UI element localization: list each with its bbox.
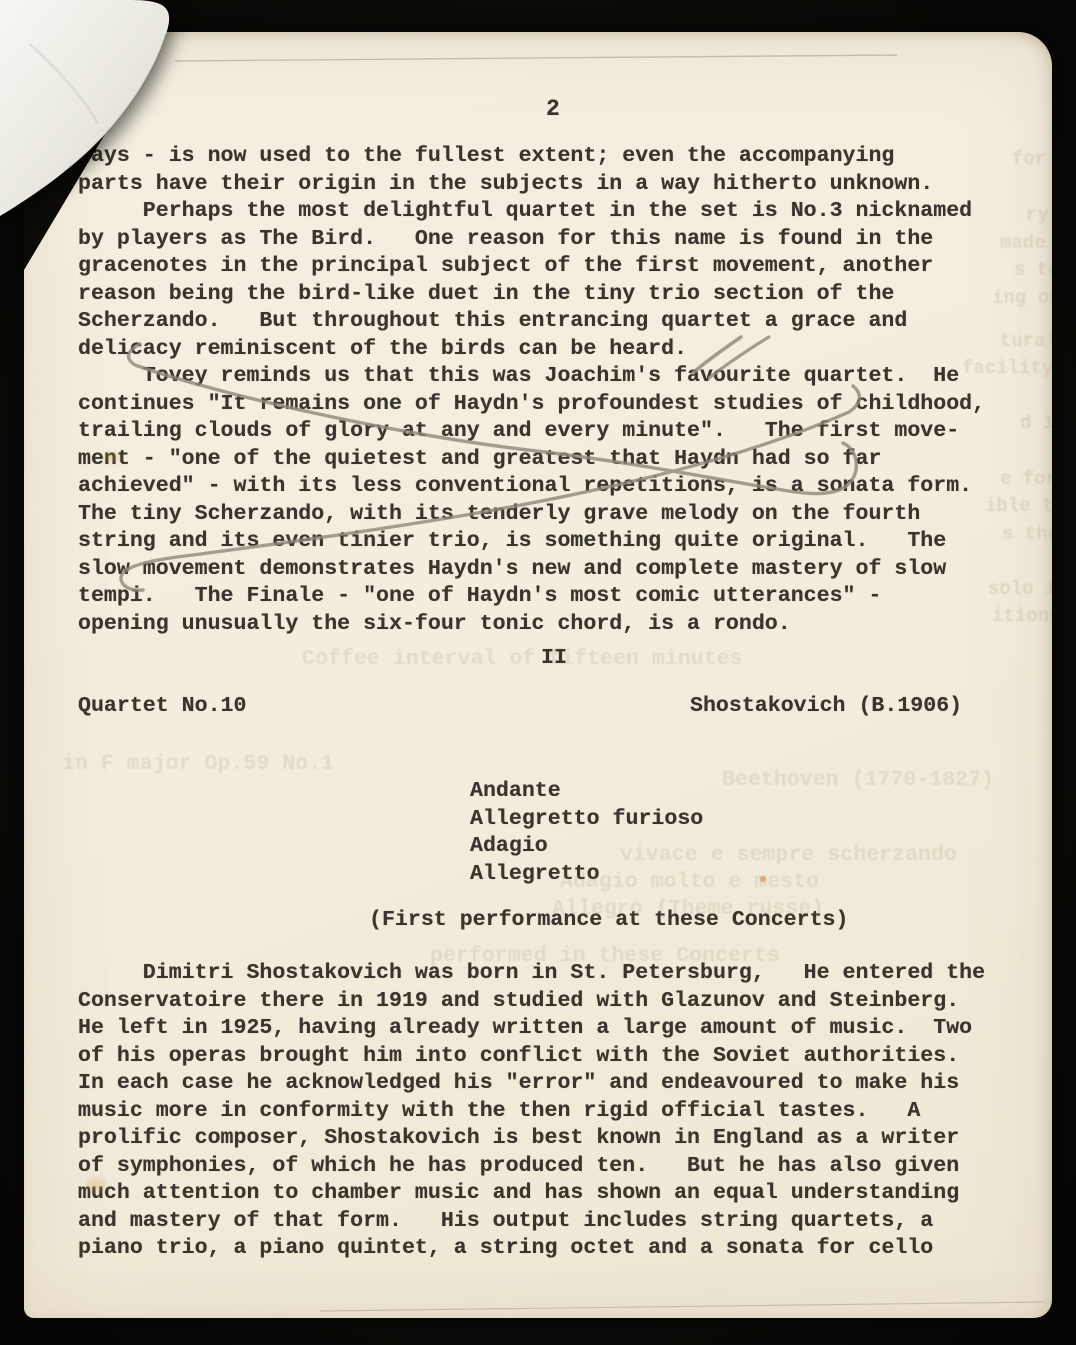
bleedthrough-fragment: itions. — [992, 605, 1052, 627]
overlapping-sheet-corner — [0, 0, 215, 240]
bleedthrough-fragment: for — [1012, 148, 1046, 170]
paragraph-shostakovich-bio: Dimitri Shostakovich was born in St. Pet… — [78, 960, 985, 1263]
bleedthrough-fragment: e for — [1000, 468, 1052, 490]
bleedthrough-fragment: s the — [1002, 523, 1052, 545]
work-title: Quartet No.10 — [78, 693, 246, 721]
bleedthrough-fragment: ry — [1026, 204, 1049, 226]
scanned-program-page: 2 ways - is now used to the fullest exte… — [0, 0, 1076, 1345]
paper-stain — [86, 1178, 106, 1192]
bleedthrough-fragment: vivace e sempre scherzando — [620, 843, 957, 867]
paragraph-tovey: Tovey reminds us that this was Joachim's… — [78, 363, 985, 638]
top-crease-line — [175, 55, 897, 61]
bleedthrough-fragment: ing on — [992, 287, 1052, 309]
bottom-edge-line — [320, 1302, 1044, 1311]
bleedthrough-fragment: Adagio molto e mesto — [560, 870, 819, 894]
bleedthrough-fragment: Allegro (Theme russe) — [552, 897, 824, 921]
composer-credit: Shostakovich (B.1906) — [690, 693, 962, 721]
page-number: 2 — [546, 96, 560, 124]
bleedthrough-fragment: Beethoven (1770-1827) — [722, 768, 994, 792]
bleedthrough-fragment: in F major Op.59 No.1 — [62, 752, 334, 776]
bleedthrough-fragment: s to — [1014, 259, 1052, 281]
bleedthrough-fragment: d 1 — [1020, 412, 1052, 434]
bleedthrough-fragment: performed in these Concerts — [430, 944, 780, 968]
bleedthrough-fragment: made — [1000, 232, 1046, 254]
bleedthrough-fragment: tural — [1000, 330, 1052, 352]
paper-stain — [104, 452, 120, 462]
sheet-corner-shape — [0, 0, 169, 216]
bleedthrough-fragment: solo in — [988, 578, 1052, 600]
bleedthrough-fragment: facility, — [962, 357, 1052, 379]
bleedthrough-fragment: Coffee interval of fifteen minutes — [302, 647, 743, 671]
paper-stain — [760, 876, 766, 882]
bleedthrough-fragment: ible to — [985, 495, 1052, 517]
